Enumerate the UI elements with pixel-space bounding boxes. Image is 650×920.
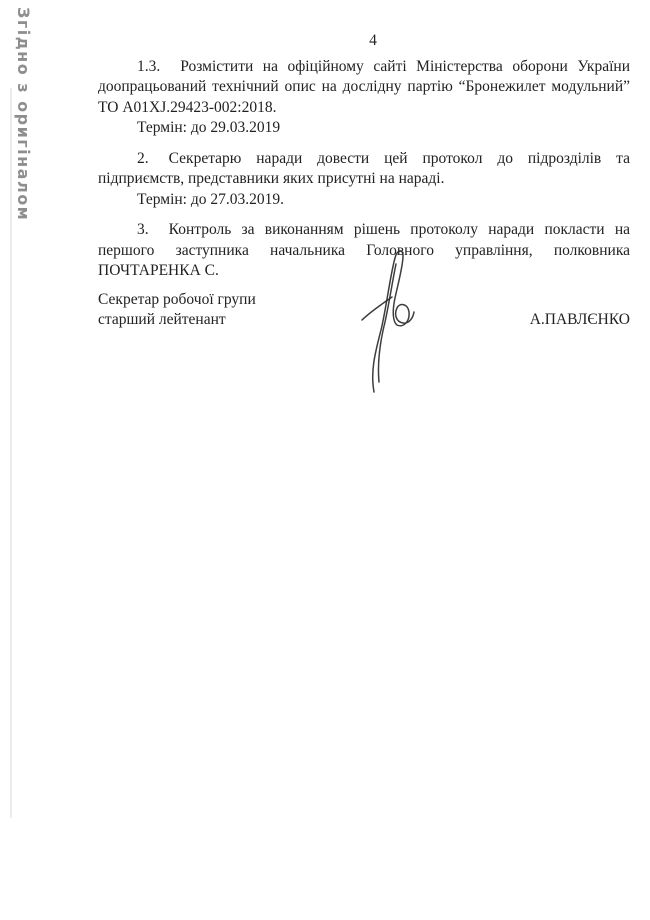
deadline-line: Термін: до 29.03.2019 xyxy=(98,118,630,139)
paragraph-1-3: 1.3.Розмістити на офіційному сайті Мініс… xyxy=(98,57,630,139)
clause-number: 1.3. xyxy=(137,58,160,75)
text-line-content: Секретарю наради довести цей протокол до… xyxy=(169,150,630,167)
certification-stamp-vertical: Згідно з оригіналом xyxy=(14,7,33,221)
text-line: ТО А01XJ.29423-002:2018. xyxy=(98,98,630,119)
paragraph-2: 2.Секретарю наради довести цей протокол … xyxy=(98,149,630,211)
text-line-content: Контроль за виконанням рішень протоколу … xyxy=(169,221,630,238)
text-line: 3.Контроль за виконанням рішень протокол… xyxy=(98,220,630,241)
role-line: Секретар робочої групи xyxy=(98,290,256,311)
page-number: 4 xyxy=(98,31,630,52)
text-line: підприємств, представники яких присутні … xyxy=(98,169,630,190)
role-line: старший лейтенант xyxy=(98,310,256,331)
text-line: 1.3.Розмістити на офіційному сайті Мініс… xyxy=(98,57,630,78)
signatory-name: А.ПАВЛЄНКО xyxy=(530,310,630,331)
scan-artifact-line xyxy=(10,88,12,818)
text-line-content: Розмістити на офіційному сайті Міністерс… xyxy=(180,58,630,75)
text-line: 2.Секретарю наради довести цей протокол … xyxy=(98,149,630,170)
signature-scribble xyxy=(350,242,425,397)
signatory-role: Секретар робочої групи старший лейтенант xyxy=(98,290,256,331)
scanned-document-page: Згідно з оригіналом 4 1.3.Розмістити на … xyxy=(0,0,650,920)
clause-number: 2. xyxy=(137,150,149,167)
text-line: доопрацьований технічний опис на дослідн… xyxy=(98,77,630,98)
clause-number: 3. xyxy=(137,221,149,238)
deadline-line: Термін: до 27.03.2019. xyxy=(98,190,630,211)
